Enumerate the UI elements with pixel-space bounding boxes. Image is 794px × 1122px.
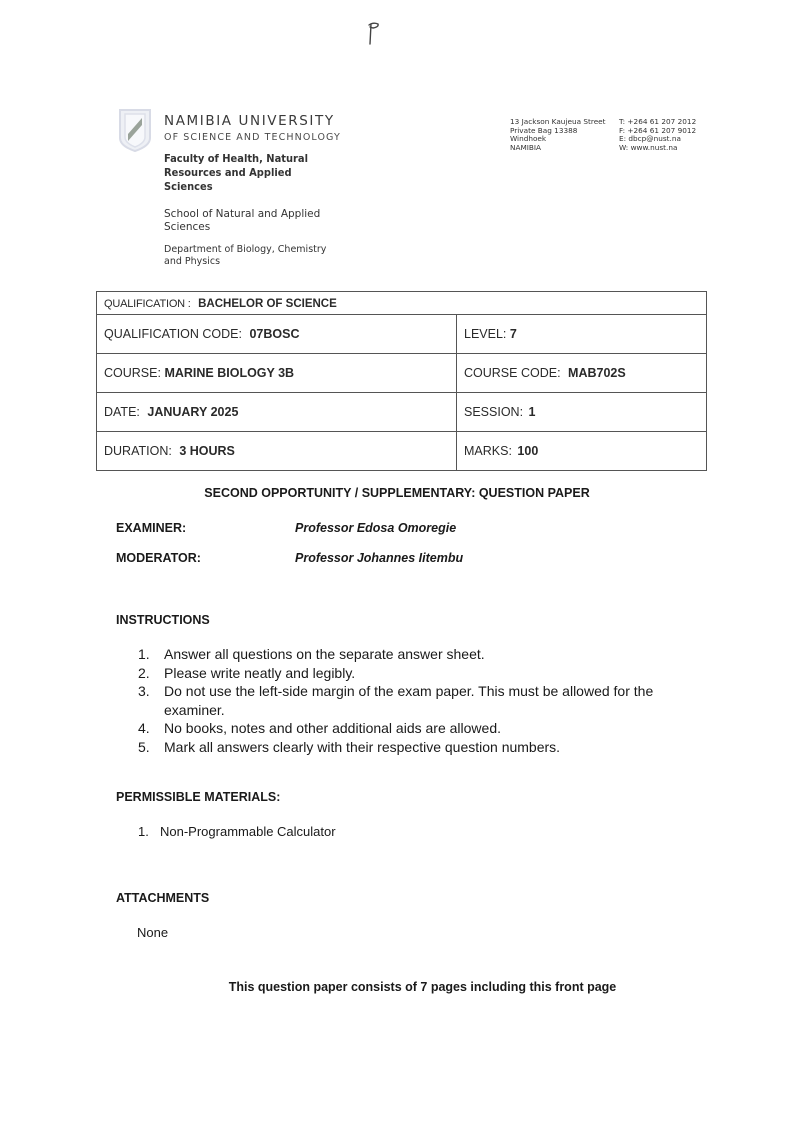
item-text: Mark all answers clearly with their resp… bbox=[164, 738, 560, 757]
qualification-value: BACHELOR OF SCIENCE bbox=[198, 298, 337, 310]
page-count-note: This question paper consists of 7 pages … bbox=[0, 980, 794, 994]
duration-cell: DURATION: 3 HOURS bbox=[97, 432, 457, 471]
website-link[interactable]: W: www.nust.na bbox=[619, 144, 696, 153]
contact-details: T: +264 61 207 2012 F: +264 61 207 9012 … bbox=[619, 118, 696, 152]
level-cell: LEVEL: 7 bbox=[457, 315, 707, 354]
table-row: QUALIFICATION CODE: 07BOSC LEVEL: 7 bbox=[97, 315, 707, 354]
cell-value: 07BOSC bbox=[249, 327, 299, 341]
list-item: 4.No books, notes and other additional a… bbox=[138, 719, 678, 738]
cell-value: JANUARY 2025 bbox=[147, 405, 238, 419]
item-text: Please write neatly and legibly. bbox=[164, 664, 355, 683]
list-item: 2.Please write neatly and legibly. bbox=[138, 664, 678, 683]
moderator-label: MODERATOR: bbox=[116, 551, 201, 565]
instructions-heading: INSTRUCTIONS bbox=[116, 613, 210, 627]
item-number: 3. bbox=[138, 682, 164, 719]
qualification-row: QUALIFICATION : BACHELOR OF SCIENCE bbox=[97, 292, 707, 315]
postal-address: 13 Jackson Kaujeua Street Private Bag 13… bbox=[510, 118, 606, 152]
cell-value: MARINE BIOLOGY 3B bbox=[164, 366, 294, 380]
cell-value: MAB702S bbox=[568, 366, 626, 380]
qualification-code-cell: QUALIFICATION CODE: 07BOSC bbox=[97, 315, 457, 354]
table-row: COURSE: MARINE BIOLOGY 3B COURSE CODE: M… bbox=[97, 354, 707, 393]
attachments-value: None bbox=[137, 925, 168, 940]
cell-label: QUALIFICATION CODE: bbox=[104, 327, 242, 341]
cell-label: DURATION: bbox=[104, 444, 172, 458]
cell-value: 100 bbox=[517, 444, 538, 458]
course-cell: COURSE: MARINE BIOLOGY 3B bbox=[97, 354, 457, 393]
handwritten-p-mark bbox=[364, 20, 384, 46]
address-line: NAMIBIA bbox=[510, 144, 606, 153]
cell-label: COURSE: bbox=[104, 366, 161, 380]
qualification-label: QUALIFICATION : bbox=[104, 298, 191, 310]
cell-label: DATE: bbox=[104, 405, 140, 419]
item-text: Do not use the left-side margin of the e… bbox=[164, 682, 678, 719]
session-cell: SESSION: 1 bbox=[457, 393, 707, 432]
cell-value: 1 bbox=[529, 405, 536, 419]
list-item: 1.Answer all questions on the separate a… bbox=[138, 645, 678, 664]
examiner-label: EXAMINER: bbox=[116, 521, 186, 535]
item-text: No books, notes and other additional aid… bbox=[164, 719, 501, 738]
cell-label: MARKS: bbox=[464, 444, 512, 458]
list-item: 3.Do not use the left-side margin of the… bbox=[138, 682, 678, 719]
department-name: Department of Biology, Chemistry and Phy… bbox=[164, 244, 334, 268]
list-item: 5.Mark all answers clearly with their re… bbox=[138, 738, 678, 757]
cell-label: SESSION: bbox=[464, 405, 523, 419]
table-row: DURATION: 3 HOURS MARKS: 100 bbox=[97, 432, 707, 471]
exam-info-table: QUALIFICATION : BACHELOR OF SCIENCE QUAL… bbox=[96, 291, 707, 471]
cell-label: LEVEL: bbox=[464, 327, 506, 341]
item-number: 1. bbox=[138, 824, 160, 839]
list-item: 1.Non-Programmable Calculator bbox=[138, 824, 336, 839]
item-text: Answer all questions on the separate ans… bbox=[164, 645, 485, 664]
date-cell: DATE: JANUARY 2025 bbox=[97, 393, 457, 432]
moderator-name: Professor Johannes Iitembu bbox=[295, 551, 463, 565]
nust-shield-logo-icon bbox=[117, 108, 153, 152]
item-text: Non-Programmable Calculator bbox=[160, 824, 336, 839]
permissible-materials-heading: PERMISSIBLE MATERIALS: bbox=[116, 790, 280, 804]
paper-type-heading: SECOND OPPORTUNITY / SUPPLEMENTARY: QUES… bbox=[0, 486, 794, 500]
marks-cell: MARKS: 100 bbox=[457, 432, 707, 471]
course-code-cell: COURSE CODE: MAB702S bbox=[457, 354, 707, 393]
item-number: 5. bbox=[138, 738, 164, 757]
qualification-cell: QUALIFICATION : BACHELOR OF SCIENCE bbox=[97, 292, 707, 315]
item-number: 1. bbox=[138, 645, 164, 664]
cell-value: 7 bbox=[510, 327, 517, 341]
university-name: NAMIBIA UNIVERSITY bbox=[164, 113, 335, 129]
instructions-list: 1.Answer all questions on the separate a… bbox=[138, 645, 678, 756]
university-subtitle: OF SCIENCE AND TECHNOLOGY bbox=[164, 132, 341, 143]
table-row: DATE: JANUARY 2025 SESSION: 1 bbox=[97, 393, 707, 432]
cell-label: COURSE CODE: bbox=[464, 366, 561, 380]
faculty-name: Faculty of Health, Natural Resources and… bbox=[164, 152, 334, 194]
examiner-name: Professor Edosa Omoregie bbox=[295, 521, 456, 535]
item-number: 2. bbox=[138, 664, 164, 683]
school-name: School of Natural and Applied Sciences bbox=[164, 208, 334, 234]
cell-value: 3 HOURS bbox=[179, 444, 235, 458]
item-number: 4. bbox=[138, 719, 164, 738]
attachments-heading: ATTACHMENTS bbox=[116, 891, 209, 905]
